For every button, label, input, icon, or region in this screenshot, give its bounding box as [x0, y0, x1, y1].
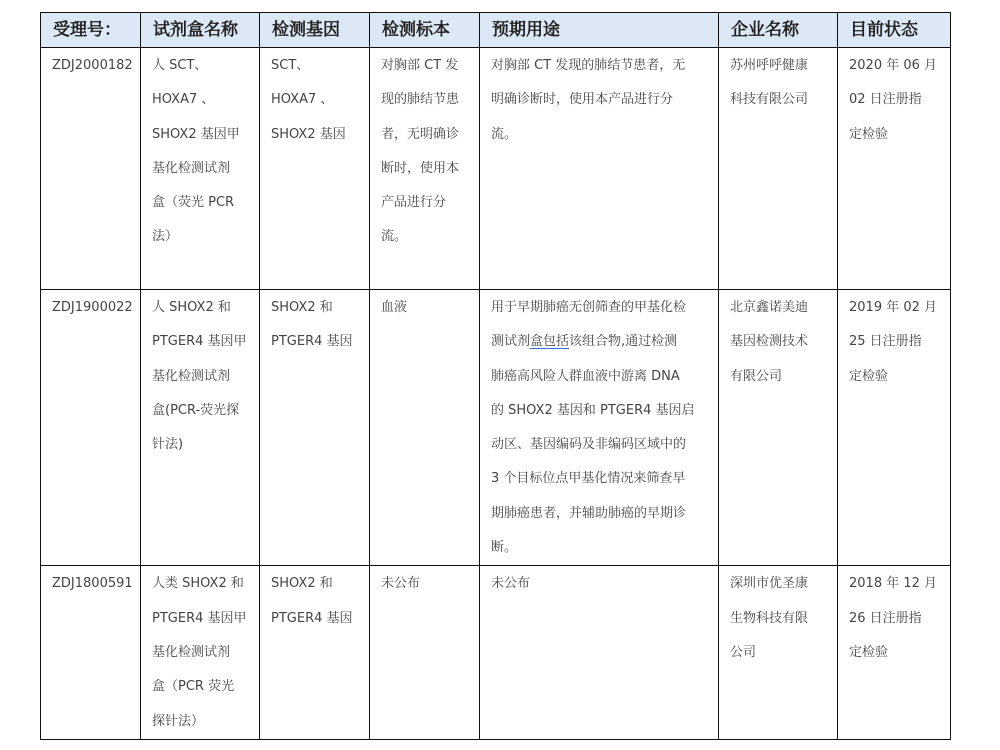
cell-text: 人 SHOX2 和 [152, 291, 249, 325]
cell-id: ZDJ1800591 [41, 566, 141, 739]
cell-usage: 未公布 [480, 566, 719, 739]
cell-id: ZDJ1900022 [41, 290, 141, 566]
table-row: ZDJ1800591 人类 SHOX2 和 PTGER4 基因甲 基化检测试剂 … [41, 566, 951, 739]
cell-text: 盒(PCR-荧光探 [152, 394, 249, 428]
cell-text: 动区、基因编码及非编码区域中的 [491, 428, 708, 462]
cell-text: ZDJ1900022 [52, 291, 130, 325]
cell-text: 定检验 [849, 360, 940, 394]
cell-text: 定检验 [849, 118, 940, 152]
cell-id: ZDJ2000182 [41, 48, 141, 290]
table-row: ZDJ1900022 人 SHOX2 和 PTGER4 基因甲 基化检测试剂 盒… [41, 290, 951, 566]
cell-text: 产品进行分 [381, 186, 469, 220]
cell-text: 生物科技有限 [730, 602, 827, 636]
cell-text: 肺癌高风险人群血液中游离 DNA [491, 360, 708, 394]
cell-company: 苏州呼呼健康 科技有限公司 [719, 48, 838, 290]
registration-table: 受理号： 试剂盒名称 检测基因 检测标本 预期用途 企业名称 目前状态 ZDJ2… [40, 12, 951, 740]
cell-kit-name: 人 SCT、 HOXA7 、 SHOX2 基因甲 基化检测试剂 盒（荧光 PCR… [141, 48, 260, 290]
cell-text: 25 日注册指 [849, 325, 940, 359]
cell-text: 用于早期肺癌无创筛查的甲基化检 [491, 291, 708, 325]
cell-text: 探针法） [152, 705, 249, 739]
cell-text: 人 SCT、 [152, 49, 249, 83]
table-header-row: 受理号： 试剂盒名称 检测基因 检测标本 预期用途 企业名称 目前状态 [41, 13, 951, 48]
col-header-sample: 检测标本 [370, 13, 480, 48]
cell-text: SCT、 [271, 49, 359, 83]
cell-text: 人类 SHOX2 和 [152, 567, 249, 601]
cell-text: HOXA7 、 [271, 83, 359, 117]
cell-text: SHOX2 和 [271, 567, 359, 601]
cell-text: 基化检测试剂 [152, 360, 249, 394]
cell-text: 深圳市优圣康 [730, 567, 827, 601]
cell-sample: 对胸部 CT 发 现的肺结节患 者，无明确诊 断时，使用本 产品进行分 流。 [370, 48, 480, 290]
cell-sample: 未公布 [370, 566, 480, 739]
cell-text: 基化检测试剂 [152, 152, 249, 186]
cell-text: 断。 [491, 531, 708, 565]
cell-text: PTGER4 基因甲 [152, 602, 249, 636]
cell-text: 未公布 [491, 567, 708, 601]
cell-text: 2019 年 02 月 [849, 291, 940, 325]
cell-text: ZDJ1800591 [52, 567, 130, 601]
cell-text: 未公布 [381, 567, 469, 601]
table-row: ZDJ2000182 人 SCT、 HOXA7 、 SHOX2 基因甲 基化检测… [41, 48, 951, 290]
cell-text: 3 个目标位点甲基化情况来筛查早 [491, 462, 708, 496]
cell-text: 定检验 [849, 636, 940, 670]
cell-text: 测试剂盒包括该组合物,通过检测 [491, 325, 708, 359]
cell-text: SHOX2 和 [271, 291, 359, 325]
col-header-usage: 预期用途 [480, 13, 719, 48]
cell-text: 科技有限公司 [730, 83, 827, 117]
col-header-kit-name: 试剂盒名称 [141, 13, 260, 48]
cell-text: 盒（PCR 荧光 [152, 670, 249, 704]
col-header-genes: 检测基因 [260, 13, 370, 48]
cell-text: HOXA7 、 [152, 83, 249, 117]
cell-company: 深圳市优圣康 生物科技有限 公司 [719, 566, 838, 739]
cell-text: 北京鑫诺美迪 [730, 291, 827, 325]
col-header-status: 目前状态 [838, 13, 951, 48]
cell-text: 流。 [491, 118, 708, 152]
cell-text: PTGER4 基因 [271, 325, 359, 359]
cell-text: 期肺癌患者，并辅助肺癌的早期诊 [491, 497, 708, 531]
cell-text: PTGER4 基因 [271, 602, 359, 636]
cell-text: SHOX2 基因 [271, 118, 359, 152]
cell-text: 苏州呼呼健康 [730, 49, 827, 83]
cell-text: 2018 年 12 月 [849, 567, 940, 601]
cell-text: 有限公司 [730, 360, 827, 394]
cell-status: 2020 年 06 月 02 日注册指 定检验 [838, 48, 951, 290]
cell-text: SHOX2 基因甲 [152, 118, 249, 152]
cell-text: 现的肺结节患 [381, 83, 469, 117]
cell-text: PTGER4 基因甲 [152, 325, 249, 359]
cell-text: 基因检测技术 [730, 325, 827, 359]
underlined-text: 盒包括 [530, 334, 569, 349]
cell-genes: SHOX2 和 PTGER4 基因 [260, 290, 370, 566]
cell-text: 基化检测试剂 [152, 636, 249, 670]
cell-text: 02 日注册指 [849, 83, 940, 117]
cell-kit-name: 人类 SHOX2 和 PTGER4 基因甲 基化检测试剂 盒（PCR 荧光 探针… [141, 566, 260, 739]
col-header-id: 受理号： [41, 13, 141, 48]
cell-text: 盒（荧光 PCR [152, 186, 249, 220]
cell-text: 的 SHOX2 基因和 PTGER4 基因启 [491, 394, 708, 428]
cell-text: 2020 年 06 月 [849, 49, 940, 83]
cell-text: 针法) [152, 428, 249, 462]
cell-text: 公司 [730, 636, 827, 670]
cell-usage: 对胸部 CT 发现的肺结节患者，无 明确诊断时，使用本产品进行分 流。 [480, 48, 719, 290]
cell-text: 血液 [381, 291, 469, 325]
cell-text: 对胸部 CT 发 [381, 49, 469, 83]
cell-text: ZDJ2000182 [52, 49, 130, 83]
cell-usage: 用于早期肺癌无创筛查的甲基化检 测试剂盒包括该组合物,通过检测 肺癌高风险人群血… [480, 290, 719, 566]
cell-status: 2019 年 02 月 25 日注册指 定检验 [838, 290, 951, 566]
cell-text: 26 日注册指 [849, 602, 940, 636]
cell-text-fragment: 测试剂 [491, 334, 530, 349]
cell-sample: 血液 [370, 290, 480, 566]
col-header-company: 企业名称 [719, 13, 838, 48]
cell-text-fragment: 该组合物,通过检测 [569, 334, 677, 349]
cell-company: 北京鑫诺美迪 基因检测技术 有限公司 [719, 290, 838, 566]
cell-text: 明确诊断时，使用本产品进行分 [491, 83, 708, 117]
cell-text: 者，无明确诊 [381, 118, 469, 152]
cell-genes: SCT、 HOXA7 、 SHOX2 基因 [260, 48, 370, 290]
cell-text: 对胸部 CT 发现的肺结节患者，无 [491, 49, 708, 83]
cell-text: 法） [152, 220, 249, 254]
cell-text: 断时，使用本 [381, 152, 469, 186]
cell-kit-name: 人 SHOX2 和 PTGER4 基因甲 基化检测试剂 盒(PCR-荧光探 针法… [141, 290, 260, 566]
cell-text: 流。 [381, 220, 469, 254]
cell-status: 2018 年 12 月 26 日注册指 定检验 [838, 566, 951, 739]
cell-genes: SHOX2 和 PTGER4 基因 [260, 566, 370, 739]
